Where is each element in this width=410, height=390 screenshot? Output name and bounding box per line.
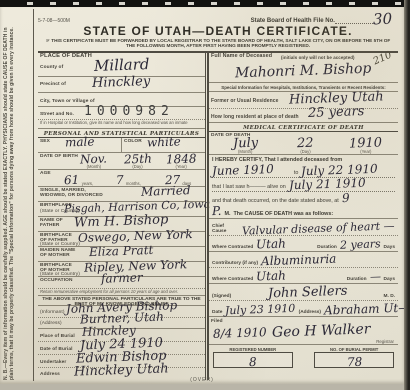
contributory-row: Contributory (if any) Albuminuria [209, 252, 398, 268]
sex-value: male [65, 135, 95, 148]
duration-value-1: 2 years [340, 238, 381, 250]
duration-label-1: Duration [317, 245, 337, 250]
form-number: 5-7-08—500M [38, 18, 70, 24]
margin-note: N. B.—Every item of information should b… [3, 16, 30, 380]
street-label: Street and No. [40, 112, 74, 117]
number-boxes-row: REGISTERED NUMBER 8 NO. OF BURIAL PERMIT… [209, 345, 398, 375]
color-cell: COLOR white [121, 138, 205, 152]
dob-day-value: 25th [123, 153, 151, 166]
certify-line-1: I HEREBY CERTIFY, That I attended deceas… [212, 157, 342, 163]
header-top-row: 5-7-08—500M State Board of Health File N… [38, 10, 398, 24]
sex-cell: SEX male [38, 138, 121, 152]
chief-cause-label: Chief Cause [212, 224, 239, 234]
left-column: PLACE OF DEATH County of Millard Precinc… [38, 53, 206, 380]
contributory-label: Contributory (if any) [212, 261, 258, 266]
certify-line-3: and that death occurred, on the date sta… [212, 198, 339, 204]
date-of-birth-row: DATE OF BIRTH Nov.(Month) 25th(Day) 1848… [38, 153, 205, 170]
burial-permit-block: NO. OF BURIAL PERMIT 78 [314, 347, 394, 375]
certificate-paper: N. B.—Every item of information should b… [0, 7, 404, 384]
precinct-value: Hinckley [92, 75, 151, 90]
where-contracted-value-2: Utah [256, 269, 286, 282]
signed-date-value: July 23 1910 [225, 303, 296, 316]
hospital-note-row: If in Hospital or Institution, give its … [38, 120, 205, 129]
registration-stamp: 1000982 [84, 104, 174, 119]
duration-value-2: — [369, 271, 380, 282]
full-name-note: (initials only will not be accepted) [281, 55, 355, 60]
mother-name-value: Eliza Pratt [89, 244, 154, 258]
where-contracted-row-2: Where Contracted Utah Duration — Days [209, 268, 398, 284]
film-edge-top [0, 0, 410, 7]
age-label: AGE [40, 171, 51, 176]
resident-duration-value: 25 years [307, 105, 364, 120]
where-contracted-label-1: Where Contracted [212, 245, 253, 250]
dod-year-value: 1910 [349, 136, 383, 150]
file-number-value: 30 [373, 12, 393, 28]
over-label: (OVER) [0, 377, 404, 383]
signed-address-value: Abraham Ut— [324, 301, 404, 316]
signed-address-label: (Address) [299, 310, 321, 315]
registrar-label: Registrar [376, 339, 394, 344]
right-column: Full Name of Deceased (initials only wil… [207, 53, 398, 380]
marital-status-value: Married [141, 184, 191, 198]
duration-label-2: Duration [347, 277, 367, 282]
chief-cause-value: Valvular disease of heart — [242, 220, 395, 236]
burial-permit-value: 78 [346, 356, 362, 369]
meridiem-label: M. [224, 211, 230, 217]
hospital-note: If in Hospital or Institution, give its … [38, 120, 205, 127]
signed-row: (Signed) John Sellers M. D. [209, 284, 398, 301]
file-number-block: State Board of Health File No. 30 [251, 12, 392, 24]
where-contracted-label-2: Where Contracted [212, 277, 253, 282]
filed-date-value: 8/4 1910 [213, 326, 267, 340]
contributory-value: Albuminuria [261, 253, 337, 268]
forwarding-instruction: ☞ THIS CERTIFICATE MUST BE FORWARDED BY … [45, 38, 391, 50]
film-edge-right [404, 0, 410, 390]
attended-to-value: July 22 1910 [301, 163, 378, 178]
days-label-1: Days [384, 245, 395, 250]
occupation-value: farmer [101, 271, 143, 284]
dob-month-value: Nov. [80, 153, 107, 166]
burial-permit-box: 78 [314, 352, 394, 368]
occupation-note: Return remunerative employment for all p… [38, 289, 205, 296]
full-name-row: Full Name of Deceased (initials only wil… [209, 53, 398, 83]
chief-cause-row: Chief Cause Valvular disease of heart — [209, 219, 398, 236]
signed-date-address-row: Date July 23 1910 (Address) Abraham Ut— [209, 301, 398, 317]
registered-number-block: REGISTERED NUMBER 8 [213, 347, 293, 375]
dod-month-value: July [232, 137, 258, 151]
md-label: M. D. [384, 294, 395, 299]
film-edge-dashes [10, 2, 410, 5]
precinct-row: Precinct of Hinckley [38, 77, 205, 93]
last-seen-value: July 21 1910 [289, 177, 366, 192]
filed-row: Filed 8/4 1910 Geo H Walker Registrar [209, 317, 398, 345]
certificate-form: 5-7-08—500M State Board of Health File N… [33, 9, 401, 381]
certification-statement: I HEREBY CERTIFY, That I attended deceas… [209, 155, 398, 219]
color-value: white [146, 135, 180, 148]
date-of-death-row: DATE OF DEATH July(Month) 22(Day) 1910(Y… [209, 132, 398, 155]
cause-intro: The CAUSE OF DEATH was as follows: [233, 211, 333, 217]
resident-duration-row: How long resident at place of death 25 y… [209, 109, 398, 123]
where-contracted-value-1: Utah [256, 237, 286, 250]
physician-signature: John Sellers [267, 285, 347, 301]
form-columns: PLACE OF DEATH County of Millard Precinc… [38, 51, 398, 380]
registrar-signature: Geo H Walker [271, 322, 370, 339]
to-label: to [294, 170, 299, 176]
signed-label: (Signed) [212, 294, 231, 299]
attended-from-value: June 1910 [212, 163, 274, 177]
registered-number-box: 8 [213, 352, 293, 368]
full-name-value: Mahonri M. Bishop [235, 62, 372, 81]
occupation-note-row: Return remunerative employment for all p… [38, 289, 205, 296]
certificate-title: STATE OF UTAH—DEATH CERTIFICATE. [38, 24, 398, 38]
days-label-2: Days [384, 277, 395, 282]
registered-number-value: 8 [249, 356, 257, 368]
street-row: Street and No. 1000982 [38, 107, 205, 120]
signed-date-label: Date [212, 310, 222, 315]
death-time-value: 9 [342, 192, 350, 204]
meridiem-value: P. [212, 205, 222, 217]
certify-line-2: that I last saw h——— alive on [212, 184, 286, 190]
medical-section-header: MEDICAL CERTIFICATE OF DEATH [209, 123, 398, 132]
county-value: Millard [94, 57, 150, 74]
dob-year-value: 1848 [166, 152, 197, 165]
where-contracted-row-1: Where Contracted Utah Duration 2 years D… [209, 236, 398, 252]
dod-day-value: 22 [297, 137, 314, 151]
occupation-row: OCCUPATION farmer [38, 277, 205, 289]
full-name-label: Full Name of Deceased [211, 54, 272, 59]
scanned-death-certificate: N. B.—Every item of information should b… [0, 0, 410, 390]
sex-color-row: SEX male COLOR white [38, 138, 205, 153]
